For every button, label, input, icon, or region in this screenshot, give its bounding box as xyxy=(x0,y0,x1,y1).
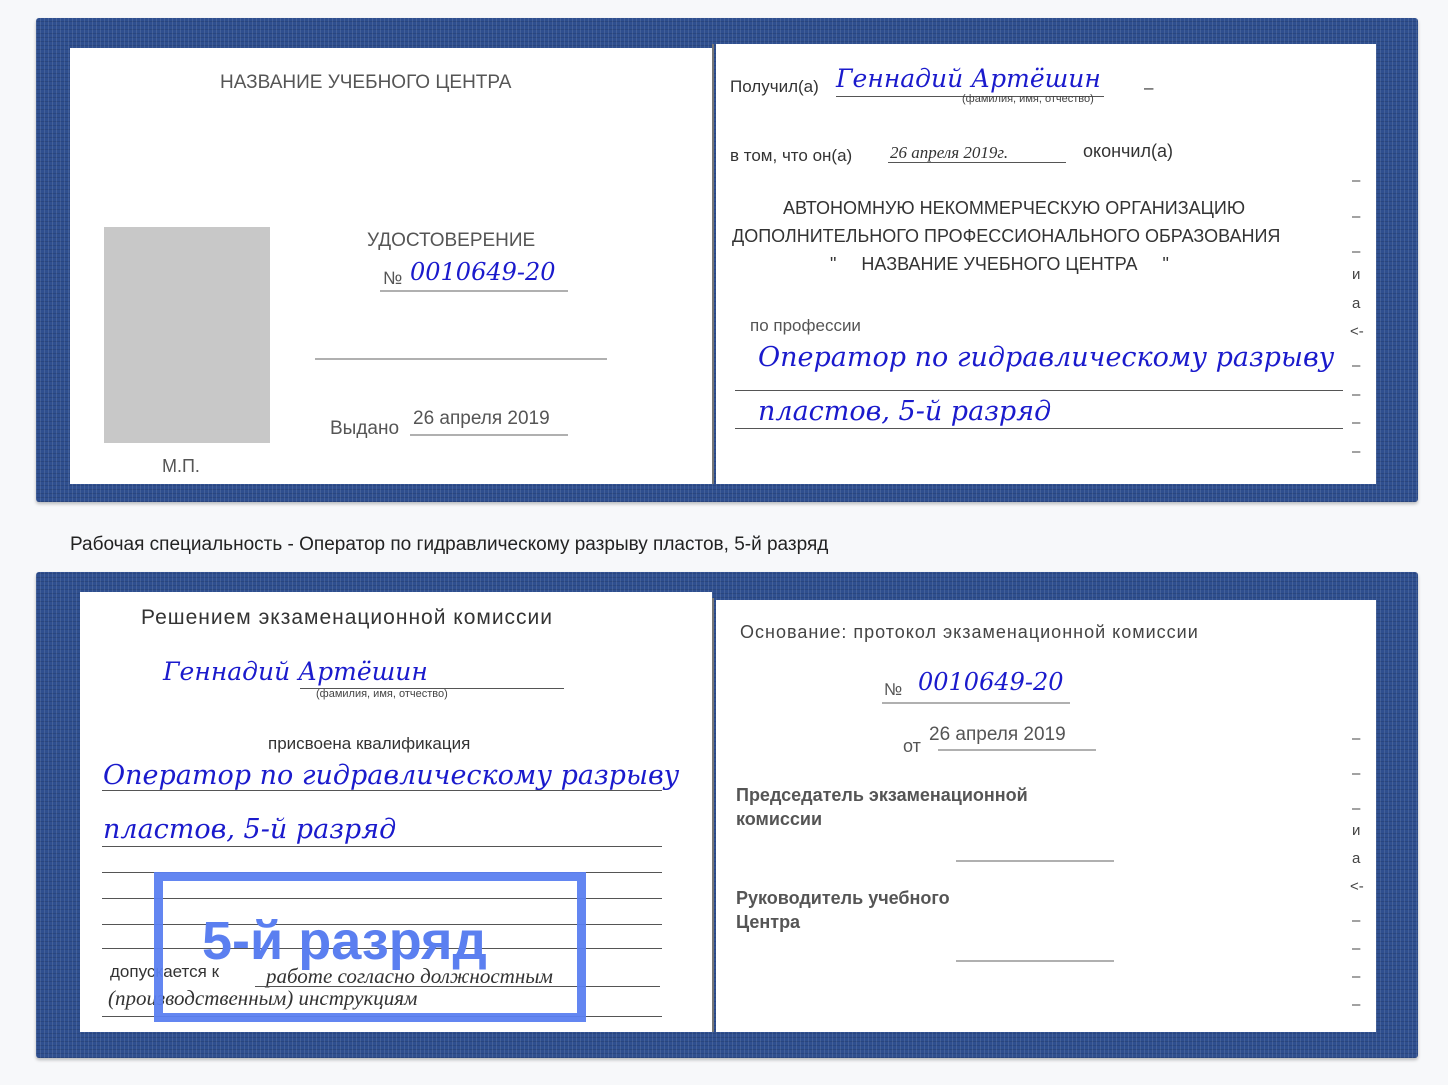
profession-label: по профессии xyxy=(750,316,861,336)
org-line1: АВТОНОМНУЮ НЕКОММЕРЧЕСКУЮ ОРГАНИЗАЦИЮ xyxy=(783,198,1245,219)
edge-mark: а xyxy=(1352,850,1360,867)
card2-spine xyxy=(712,598,714,1032)
photo-placeholder xyxy=(104,227,270,443)
head-signature-line xyxy=(956,960,1114,962)
profession-underline2 xyxy=(735,428,1343,429)
profession-line2: пластов, 5-й разряд xyxy=(758,396,1051,427)
edge-mark: – xyxy=(1352,386,1360,403)
finished-label: окончил(а) xyxy=(1083,141,1173,162)
qualification-underline1 xyxy=(102,790,662,791)
edge-mark: <- xyxy=(1350,878,1364,895)
issued-label: Выдано xyxy=(330,418,399,440)
edge-mark: – xyxy=(1352,243,1360,260)
org-line2: ДОПОЛНИТЕЛЬНОГО ПРОФЕССИОНАЛЬНОГО ОБРАЗО… xyxy=(732,226,1280,247)
that-label: в том, что он(а) xyxy=(730,146,852,166)
chair-signature-line xyxy=(956,860,1114,862)
from-date-underline xyxy=(938,749,1096,751)
edge-mark: – xyxy=(1352,996,1360,1013)
edge-mark: – xyxy=(1352,208,1360,225)
received-name: Геннадий Артёшин xyxy=(836,64,1101,93)
received-label: Получил(а) xyxy=(730,77,819,97)
protocol-number-label: № xyxy=(884,680,902,700)
grade-stamp-text: 5-й разряд xyxy=(202,910,487,972)
edge-mark: – xyxy=(1352,765,1360,782)
qualification-label: присвоена квалификация xyxy=(268,734,470,754)
edge-mark: – xyxy=(1352,414,1360,431)
holder-name-caption: (фамилия, имя, отчество) xyxy=(316,688,448,700)
basis-title: Основание: протокол экзаменационной коми… xyxy=(740,622,1199,643)
protocol-number: 0010649-20 xyxy=(918,668,1064,696)
from-date: 26 апреля 2019 xyxy=(929,724,1066,746)
edge-mark: – xyxy=(1352,357,1360,374)
holder-name: Геннадий Артёшин xyxy=(163,657,428,686)
specialty-caption: Рабочая специальность - Оператор по гидр… xyxy=(70,534,828,556)
edge-mark: – xyxy=(1352,443,1360,460)
decision-title: Решением экзаменационной комиссии xyxy=(141,606,553,630)
issued-date: 26 апреля 2019 xyxy=(413,408,550,430)
that-date: 26 апреля 2019г. xyxy=(890,143,1008,163)
chair-line2: комиссии xyxy=(736,809,822,830)
that-date-underline xyxy=(888,162,1066,163)
protocol-number-underline xyxy=(882,702,1070,704)
edge-mark: и xyxy=(1352,266,1360,283)
card1-spine xyxy=(712,44,714,484)
number-label: № xyxy=(383,268,402,289)
edge-mark: – xyxy=(1352,730,1360,747)
head-line2: Центра xyxy=(736,912,800,933)
org-line3: " НАЗВАНИЕ УЧЕБНОГО ЦЕНТРА " xyxy=(830,254,1169,275)
edge-mark: и xyxy=(1352,822,1360,839)
issued-underline xyxy=(410,434,568,436)
received-dash: – xyxy=(1144,78,1153,98)
name-caption: (фамилия, имя, отчество) xyxy=(962,93,1094,105)
edge-mark: а xyxy=(1352,295,1360,312)
certificate-number: 0010649-20 xyxy=(410,258,556,286)
edge-mark: <- xyxy=(1350,323,1364,340)
edge-mark: – xyxy=(1352,968,1360,985)
edge-mark: – xyxy=(1352,800,1360,817)
qualification-underline2 xyxy=(102,846,662,847)
chair-line1: Председатель экзаменационной xyxy=(736,785,1028,806)
profession-line1: Оператор по гидравлическому разрыву xyxy=(758,342,1334,373)
qualification-line2: пластов, 5-й разряд xyxy=(103,814,396,845)
edge-mark: – xyxy=(1352,912,1360,929)
certificate-title: УДОСТОВЕРЕНИЕ xyxy=(367,230,535,252)
stamp-place: М.П. xyxy=(162,456,200,477)
from-label: от xyxy=(903,736,921,757)
head-line1: Руководитель учебного xyxy=(736,888,950,909)
edge-mark: – xyxy=(1352,172,1360,189)
center-name: НАЗВАНИЕ УЧЕБНОГО ЦЕНТРА xyxy=(220,72,512,94)
edge-mark: – xyxy=(1352,940,1360,957)
profession-underline1 xyxy=(735,390,1343,391)
qualification-line1: Оператор по гидравлическому разрыву xyxy=(103,760,679,791)
number-underline xyxy=(380,290,568,292)
blank-line xyxy=(315,358,607,360)
